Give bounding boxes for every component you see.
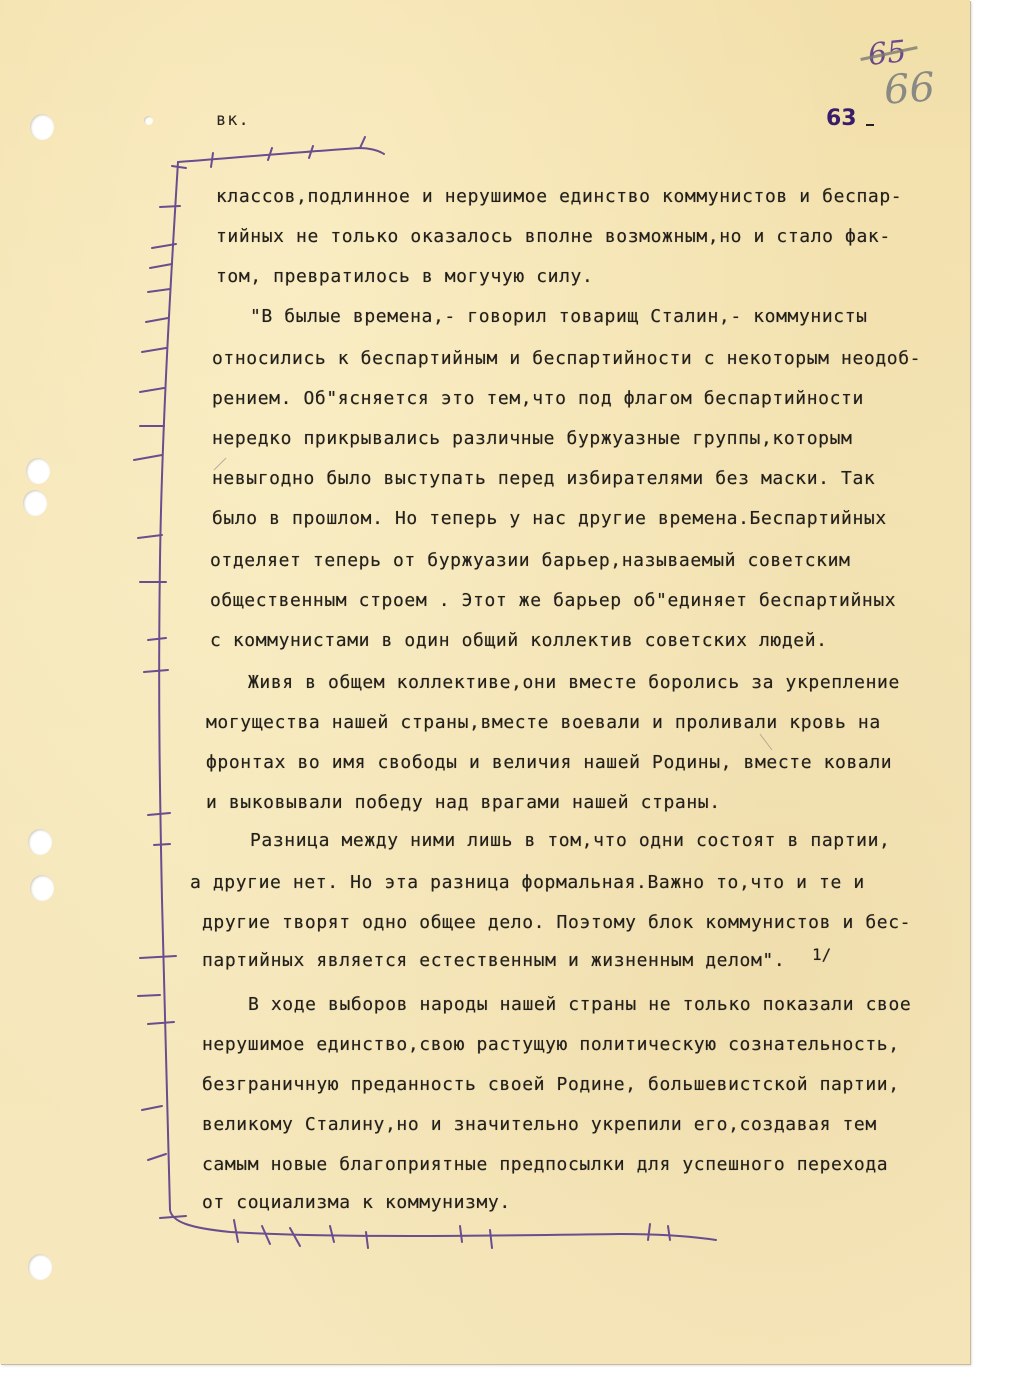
typed-body-text: классов,подлинное и нерушимое единство к… bbox=[0, 0, 970, 1364]
text-line: тийных не только оказалось вполне возмож… bbox=[216, 226, 891, 248]
text-line: было в прошлом. Но теперь у нас другие в… bbox=[212, 508, 887, 530]
document-page: вк. 65 66 63 классов,подлинное и нерушим… bbox=[0, 0, 970, 1364]
text-line: Живя в общем коллективе,они вместе борол… bbox=[248, 672, 900, 694]
text-line: партийных является естественным и жизнен… bbox=[202, 950, 785, 972]
text-line: классов,подлинное и нерушимое единство к… bbox=[216, 186, 902, 208]
text-line: могущества нашей страны,вместе воевали и… bbox=[206, 712, 881, 734]
text-line: нередко прикрывались различные буржуазны… bbox=[212, 428, 852, 450]
text-line: "В былые времена,- говорил товарищ Стали… bbox=[250, 306, 868, 328]
text-line: с коммунистами в один общий коллектив со… bbox=[210, 630, 828, 652]
text-line: нерушимое единство,свою растущую политич… bbox=[202, 1034, 900, 1056]
text-line: самым новые благоприятные предпосылки дл… bbox=[202, 1154, 888, 1176]
text-line: невыгодно было выступать перед избирател… bbox=[212, 468, 875, 490]
text-line: фронтах во имя свободы и величия нашей Р… bbox=[206, 752, 892, 774]
text-line: великому Сталину,но и значительно укрепи… bbox=[202, 1114, 877, 1136]
text-line: а другие нет. Но эта разница формальная.… bbox=[190, 872, 865, 894]
text-line: В ходе выборов народы нашей страны не то… bbox=[248, 994, 911, 1016]
text-line: другие творят одно общее дело. Поэтому б… bbox=[202, 912, 911, 934]
text-line: том, превратилось в могучую силу. bbox=[216, 266, 593, 288]
text-line: от социализма к коммунизму. bbox=[202, 1192, 511, 1214]
footnote-marker: 1/ bbox=[812, 944, 831, 966]
text-line: и выковывали победу над врагами нашей ст… bbox=[206, 792, 721, 814]
text-line: отделяет теперь от буржуазии барьер,назы… bbox=[210, 550, 850, 572]
text-line: безграничную преданность своей Родине, б… bbox=[202, 1074, 900, 1096]
text-line: относились к беспартийным и беспартийнос… bbox=[212, 348, 921, 370]
text-line: рением. Об"ясняется это тем,что под флаг… bbox=[212, 388, 864, 410]
text-line: Разница между ними лишь в том,что одни с… bbox=[250, 830, 890, 852]
text-line: общественным строем . Этот же барьер об"… bbox=[210, 590, 896, 612]
